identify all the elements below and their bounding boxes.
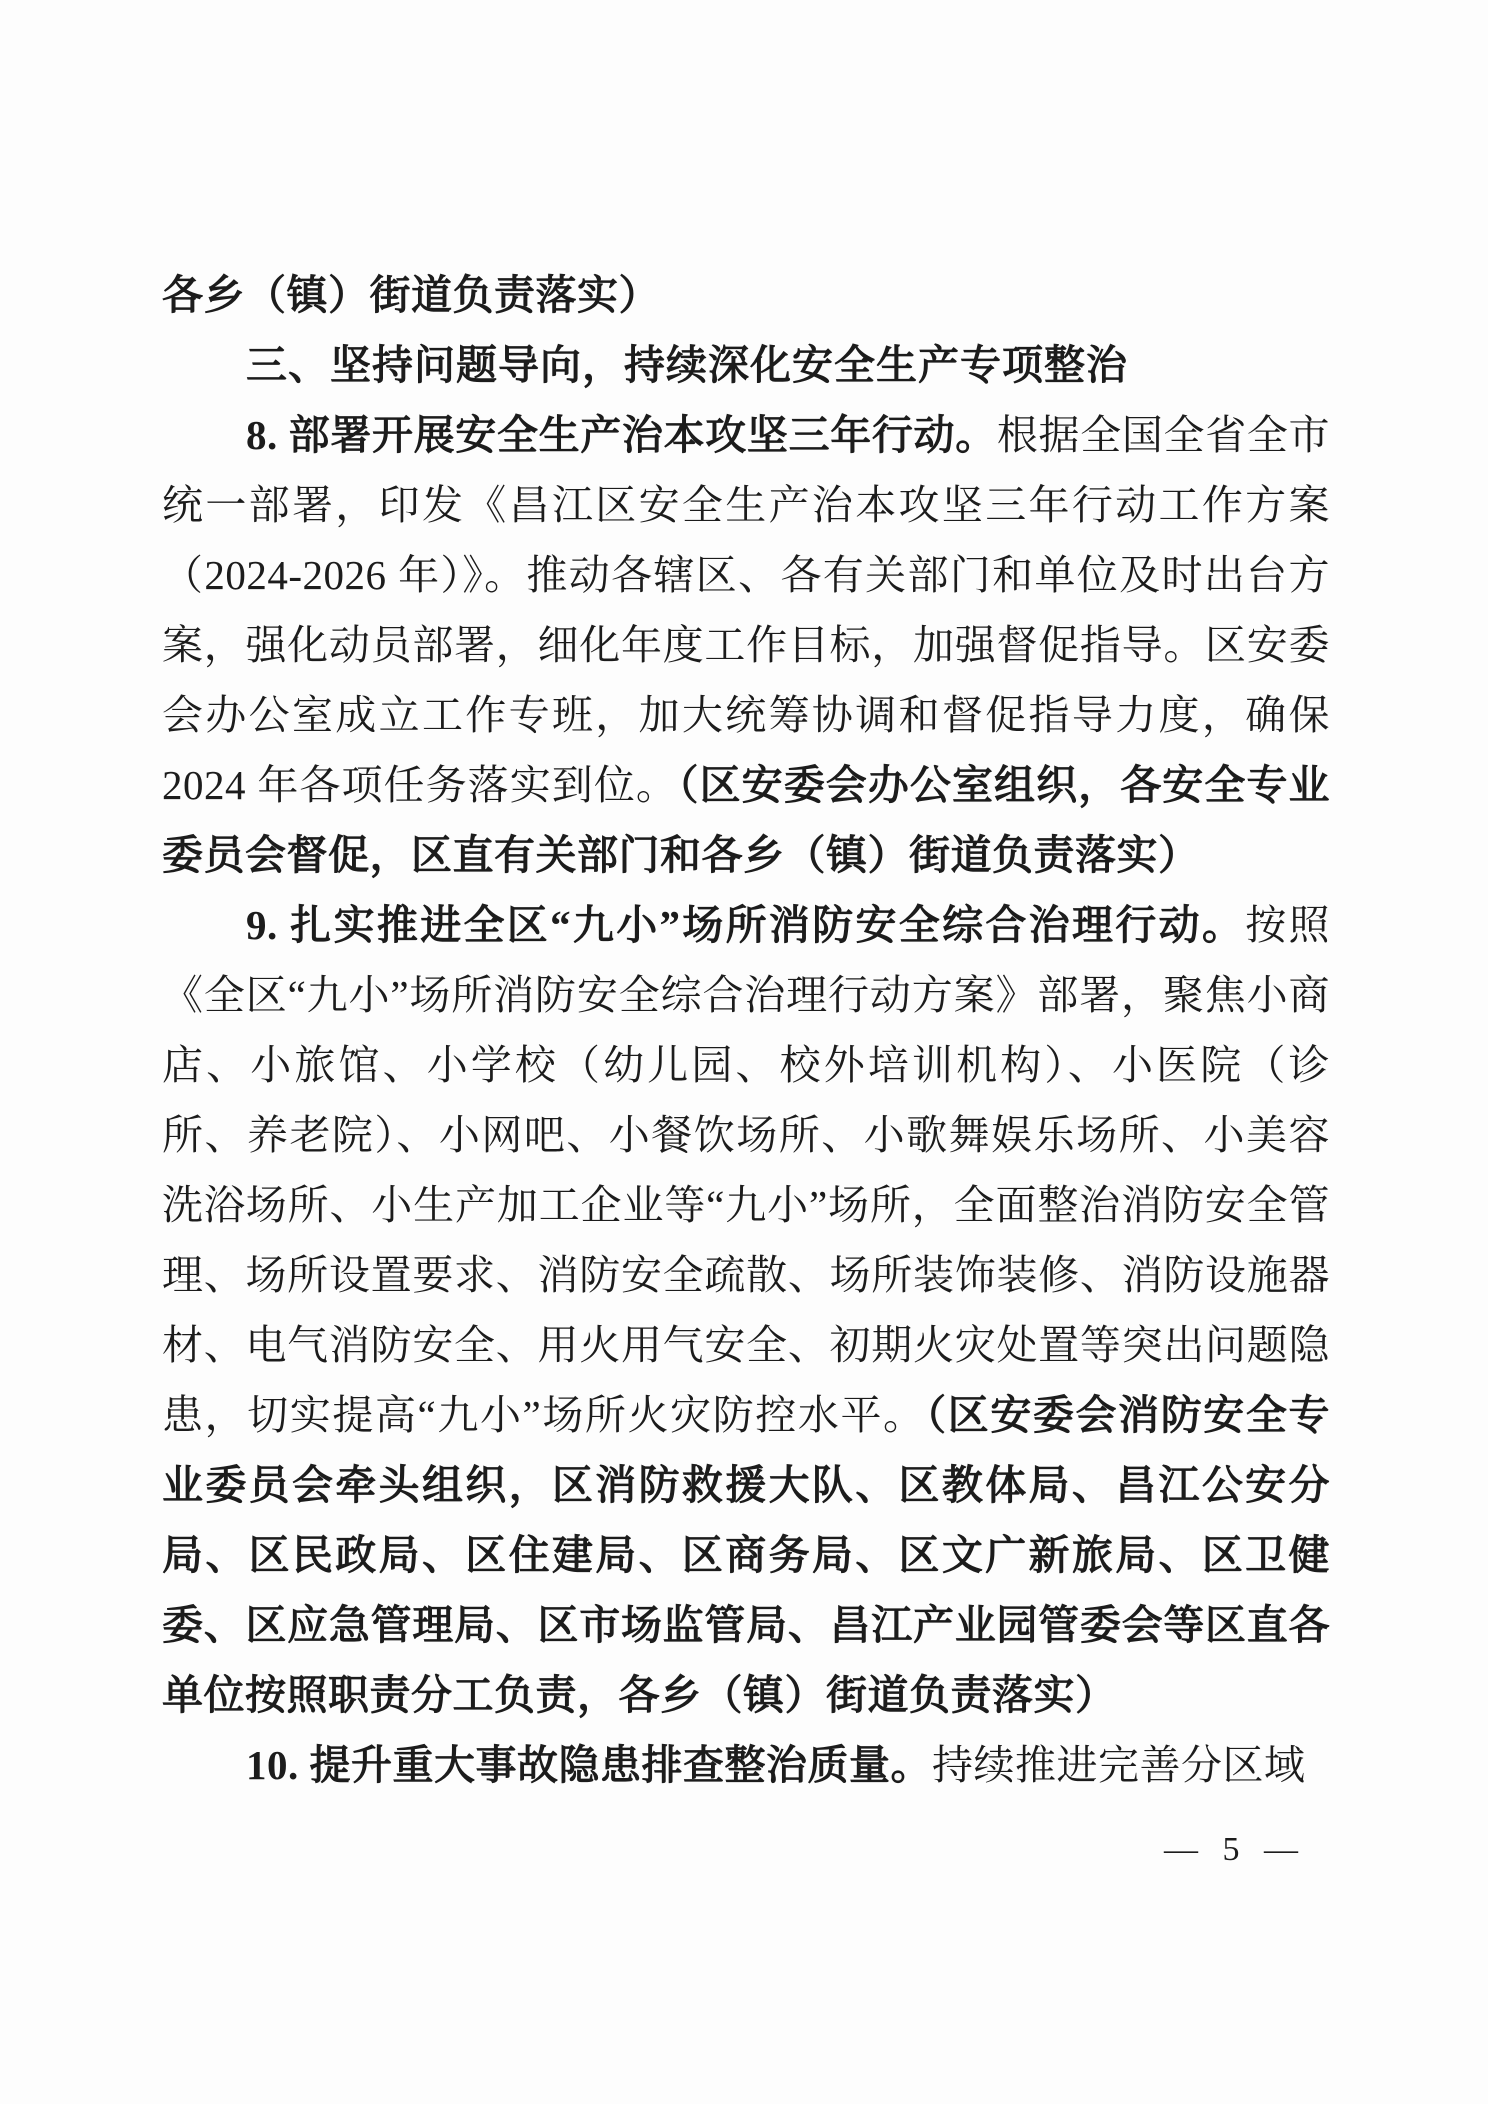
paragraph-item-8: 8. 部署开展安全生产治本攻坚三年行动。根据全国全省全市统一部署，印发《昌江区安… <box>162 400 1330 890</box>
bold-text-run: 9. 扎实推进全区“九小”场所消防安全综合治理行动。 <box>246 902 1245 948</box>
bold-text-run: 10. 提升重大事故隐患排查整治质量。 <box>246 1742 932 1788</box>
document-body: 各乡（镇）街道负责落实）三、坚持问题导向，持续深化安全生产专项整治8. 部署开展… <box>162 260 1330 1800</box>
text-run: 持续推进完善分区域 <box>932 1742 1306 1788</box>
bold-text-run: （区安委会消防安全专业委员会牵头组织，区消防救援大队、区教体局、昌江公安分局、区… <box>162 1392 1330 1718</box>
paragraph-continuation: 各乡（镇）街道负责落实） <box>162 260 1330 330</box>
bold-text-run: 三、坚持问题导向，持续深化安全生产专项整治 <box>246 342 1128 388</box>
text-run: 按照《全区“九小”场所消防安全综合治理行动方案》部署，聚焦小商店、小旅馆、小学校… <box>162 902 1330 1438</box>
bold-text-run: 8. 部署开展安全生产治本攻坚三年行动。 <box>246 412 997 458</box>
page-number: — 5 — <box>1164 1830 1306 1870</box>
paragraph-item-9: 9. 扎实推进全区“九小”场所消防安全综合治理行动。按照《全区“九小”场所消防安… <box>162 890 1330 1730</box>
paragraph-item-10: 10. 提升重大事故隐患排查整治质量。持续推进完善分区域 <box>162 1730 1330 1800</box>
text-run: 根据全国全省全市统一部署，印发《昌江区安全生产治本攻坚三年行动工作方案（2024… <box>162 412 1330 808</box>
section-heading-3: 三、坚持问题导向，持续深化安全生产专项整治 <box>162 330 1330 400</box>
bold-text-run: 各乡（镇）街道负责落实） <box>162 272 660 318</box>
document-page: 各乡（镇）街道负责落实）三、坚持问题导向，持续深化安全生产专项整治8. 部署开展… <box>0 0 1488 2104</box>
